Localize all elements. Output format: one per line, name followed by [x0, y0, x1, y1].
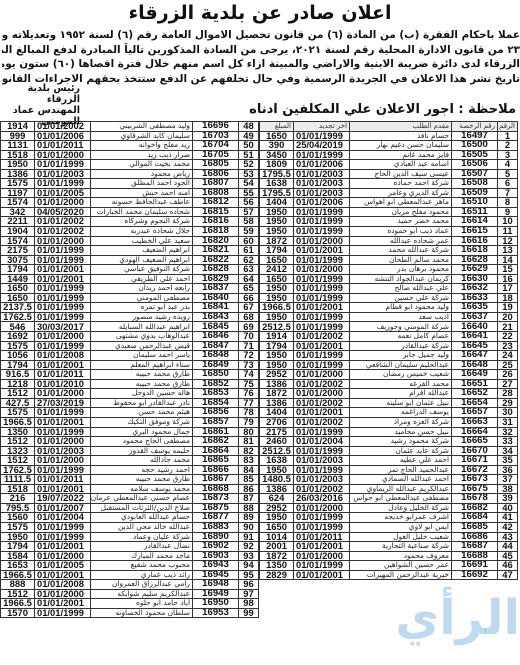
table-row: 4516688معروف محمود01/01/20001872	[260, 551, 518, 561]
table-row: 5616812عاطف عبدالحافظ حسونه01/01/2000157…	[1, 198, 259, 208]
row-number: 31	[498, 417, 518, 427]
table-row: 3616672عبدالحميد الحاج تمر01/01/19991950	[260, 465, 518, 475]
license-number: 16688	[452, 551, 498, 561]
table-row: 6716841بدر عبد ابو تمره01/01/19992137.5	[1, 303, 259, 313]
amount: 1386	[260, 379, 294, 389]
amount: 795.5	[1, 503, 35, 513]
last-renewal-date: 01/01/2002	[35, 217, 91, 227]
applicant-name: ايمن ابو لاوي	[350, 522, 452, 532]
applicant-name: شركة محمود رشيد	[350, 437, 452, 447]
table-row: 5816816شركة النجوم وشركاه01/01/20022211	[1, 217, 259, 227]
row-number: 39	[498, 494, 518, 504]
applicant-name: نبيل عثمان ابو سلينه	[350, 398, 452, 408]
license-number: 16850	[193, 370, 239, 380]
table-row: 8516867طارق محمد حبيبه01/01/20111111.5	[1, 475, 259, 485]
last-renewal-date: 01/01/1999	[35, 255, 91, 265]
amount: 2001	[260, 542, 294, 552]
license-number: 16862	[193, 437, 239, 447]
row-number: 59	[239, 227, 259, 237]
amount: 1653	[1, 561, 35, 571]
license-number: 16497	[452, 131, 498, 141]
last-renewal-date: 01/01/2002	[294, 417, 350, 427]
row-number: 78	[239, 408, 259, 418]
table-row: 5916818جلال شحاده عبدربه01/01/20021904	[1, 227, 259, 237]
table-row: 4816696وليد مصطفى الشربيني01/01/20021914	[1, 122, 259, 132]
row-number: 92	[239, 542, 259, 552]
amount: 1014	[260, 532, 294, 542]
applicant-name: نضال عبدالقادر	[91, 542, 193, 552]
last-renewal-date: 01/01/2003	[294, 179, 350, 189]
table-row: 5716815شحاده سليمان محمد الجبارات04/05/2…	[1, 207, 259, 217]
last-renewal-date: 01/01/2000	[35, 332, 91, 342]
license-number: 16815	[193, 207, 239, 217]
applicant-name: ماجد محمد المبارك	[91, 551, 193, 561]
applicant-name: شركة علي حسين	[350, 293, 452, 303]
table-row: 3516671احمد علي عطيه01/01/20031638	[260, 456, 518, 466]
row-number: 37	[498, 475, 518, 485]
table-row: 4616691عمر حسين الشواهين01/01/19991350	[260, 561, 518, 571]
table-row: 316505فايز محمد غانم01/01/19993450	[260, 150, 518, 160]
applicant-name: عبدالله خالد محي الدين	[91, 522, 193, 532]
last-renewal-date: 01/01/2006	[294, 198, 350, 208]
license-number: 16808	[193, 188, 239, 198]
row-number: 73	[239, 360, 259, 370]
table-row: 3416670شركة عايد عثمان01/01/19992512.5	[260, 446, 518, 456]
applicant-name: ماهر عبدالمعطي ابو اهواس	[350, 198, 452, 208]
last-renewal-date: 01/01/2000	[294, 389, 350, 399]
row-number: 33	[498, 437, 518, 447]
amount: 1584	[1, 551, 35, 561]
body-line: الزرقاء لدى دائرة ضريبة الابنية والاراضي…	[2, 57, 520, 72]
amount: 1575	[1, 522, 35, 532]
last-renewal-date: 01/01/1999	[294, 227, 350, 237]
row-number: 35	[498, 456, 518, 466]
amount: 1966.5	[1, 599, 35, 609]
license-number: 16845	[193, 322, 239, 332]
table-row: 9316903ماجد محمد المبارك01/01/20001584	[1, 551, 259, 561]
license-number: 16945	[193, 570, 239, 580]
license-number: 16865	[193, 456, 239, 466]
license-number: 16633	[452, 293, 498, 303]
amount: 1638	[260, 179, 294, 189]
license-number: 16684	[452, 513, 498, 523]
table-row: 3216664نبيل حسن محاميد01/01/19992175	[260, 427, 518, 437]
license-number: 16649	[452, 370, 498, 380]
license-number: 16806	[193, 169, 239, 179]
amount: 1560	[1, 513, 35, 523]
applicant-name: عصام كامل نعمه	[350, 332, 452, 342]
table-row: 2316645شركة عبدالقادر01/01/20011794	[260, 341, 518, 351]
amount: 1794	[260, 341, 294, 351]
last-renewal-date: 01/01/1999	[35, 532, 91, 542]
table-row: 8616868محمد يوسف سلامه01/01/20011518	[1, 484, 259, 494]
license-number: 16848	[193, 351, 239, 361]
applicant-name: شركة العزه ومراد	[350, 417, 452, 427]
license-number: 16704	[193, 141, 239, 151]
table-row: 9516945رائد ذيب عماري01/01/20011966.5	[1, 570, 259, 580]
license-number: 16867	[193, 475, 239, 485]
amount: 1872	[260, 389, 294, 399]
row-number: 93	[239, 551, 259, 561]
license-number: 16648	[452, 360, 498, 370]
amount: 2175	[1, 246, 35, 256]
license-number: 16507	[452, 169, 498, 179]
row-number: 24	[498, 351, 518, 361]
table-row: 1716632علي عبدالله صالح01/01/19991950	[260, 284, 518, 294]
license-number: 16637	[452, 312, 498, 322]
amount: 216	[1, 494, 35, 504]
license-number: 16840	[193, 293, 239, 303]
table-row: 8716873عصام حسني عبدالمعطي عرمان19/07/20…	[1, 494, 259, 504]
applicant-name: شركة عبدالله محمد	[350, 246, 452, 256]
table-row: 2916654نبيل عثمان ابو سلينه01/01/2002138…	[260, 398, 518, 408]
applicant-name: حسام عبدالله العابودي	[91, 513, 193, 523]
amount: 1914	[1, 122, 35, 132]
amount: 1950	[260, 351, 294, 361]
last-renewal-date: 01/01/2002	[294, 484, 350, 494]
row-number: 81	[239, 437, 259, 447]
amount: 1966.5	[260, 303, 294, 313]
license-number: 16641	[452, 332, 498, 342]
license-number: 16849	[193, 360, 239, 370]
row-number: 7	[498, 188, 518, 198]
applicant-name: محمد الفزعه	[350, 379, 452, 389]
last-renewal-date: 01/01/2000	[294, 265, 350, 275]
table-row: 9716949عبدالكريم سليم شوابكه01/01/200015…	[1, 589, 259, 599]
amount: 427.5	[1, 398, 35, 408]
amount: 1795.5	[260, 188, 294, 198]
last-renewal-date: 26/03/2016	[294, 494, 350, 504]
row-number: 84	[239, 465, 259, 475]
amount: 1809	[260, 160, 294, 170]
row-number: 15	[498, 265, 518, 275]
applicant-name: شركة وموفق التكيك	[91, 417, 193, 427]
applicant-name: رويده رشيد منصور	[91, 312, 193, 322]
license-number: 16685	[452, 522, 498, 532]
table-row: 2516648عبدالحليم سليمان الشافعي01/01/199…	[260, 360, 518, 370]
row-number: 91	[239, 532, 259, 542]
last-renewal-date: 01/01/2000	[294, 551, 350, 561]
table-row: 7016846عبدالوهاب بدوي مشتهى01/01/2000169…	[1, 332, 259, 342]
amount: 1574	[1, 198, 35, 208]
last-renewal-date: 01/01/2002	[35, 122, 91, 132]
table-row: 8316865محمد جادالله01/01/20001512	[1, 456, 259, 466]
table-body: 116497حسام نافذ01/01/19991650216500سليما…	[260, 131, 518, 580]
applicant-name: شركة التوفيق عباسي	[91, 265, 193, 275]
last-renewal-date: 01/01/2006	[294, 160, 350, 170]
license-number: 16614	[452, 217, 498, 227]
announcement-title: اعلان صادر عن بلدية الزرقاء	[0, 2, 520, 24]
row-number: 54	[239, 179, 259, 189]
last-renewal-date: 01/01/1999	[35, 284, 91, 294]
applicant-name: نادر عبدالقادر ابو محفوظ	[91, 398, 193, 408]
row-number: 23	[498, 341, 518, 351]
license-number: 16852	[193, 379, 239, 389]
last-renewal-date: 01/01/2001	[35, 484, 91, 494]
table-row: 7416850طارق محمد حبيبه01/01/2011916.5	[1, 370, 259, 380]
applicant-name: احمد عبدالله الصمادي	[350, 475, 452, 485]
applicant-name: محمد يوسف سلامه	[91, 484, 193, 494]
last-renewal-date: 01/01/2004	[294, 437, 350, 447]
amount: 2512.5	[260, 322, 294, 332]
license-number: 16506	[452, 160, 498, 170]
row-number: 10	[498, 217, 518, 227]
license-number: 16505	[452, 150, 498, 160]
last-renewal-date: 01/01/2000	[294, 503, 350, 513]
amount: 1386	[1, 169, 35, 179]
applicant-name: رائد ذيب عماري	[91, 570, 193, 580]
license-number: 16615	[452, 227, 498, 237]
last-renewal-date: 01/01/1999	[35, 303, 91, 313]
table-row: 5316806رياض محمود01/01/20031386	[1, 169, 259, 179]
amount: 1404	[260, 408, 294, 418]
last-renewal-date: 01/01/1999	[294, 274, 350, 284]
last-renewal-date: 01/01/2000	[35, 198, 91, 208]
row-number: 46	[498, 561, 518, 571]
amount: 1512	[1, 437, 35, 447]
applicant-name: احمد علي الطريفي	[91, 274, 193, 284]
last-renewal-date: 01/01/2002	[294, 379, 350, 389]
amount: 1692	[1, 332, 35, 342]
last-renewal-date: 25/04/2019	[294, 141, 350, 151]
last-renewal-date: 01/01/1999	[294, 446, 350, 456]
amount: 1872	[260, 236, 294, 246]
table-row: 416506اسامه عيد العبادي01/01/20061809	[260, 160, 518, 170]
table-row: 616508شركة احمد حماده01/01/20031638	[260, 179, 518, 189]
last-renewal-date: 01/01/2001	[35, 417, 91, 427]
table-row: 7216848ياسر احمد سليمان01/01/20081056	[1, 351, 259, 361]
license-number: 16511	[452, 207, 498, 217]
col-header-number: الرقم	[498, 122, 518, 132]
table-row: 716509شركة الديري وعامر01/01/20031795.5	[260, 188, 518, 198]
row-number: 55	[239, 188, 259, 198]
table-row: 7516852طارق محمد حبيبه01/01/20101218	[1, 379, 259, 389]
table-row: 1016614محمد خضر حميد01/01/19991950	[260, 217, 518, 227]
applicant-name: اياد حامد ابو حلوه	[91, 599, 193, 609]
row-number: 69	[239, 322, 259, 332]
amount: 546	[1, 322, 35, 332]
license-number: 16508	[452, 179, 498, 189]
last-renewal-date: 01/01/2005	[35, 561, 91, 571]
row-number: 85	[239, 475, 259, 485]
amount: 1570	[1, 608, 35, 618]
amount: 1650	[1, 284, 35, 294]
applicant-name: سناء ابراهيم المعلم	[91, 360, 193, 370]
row-number: 41	[498, 513, 518, 523]
amount: 2512.5	[260, 446, 294, 456]
last-renewal-date: 01/01/1999	[294, 351, 350, 361]
applicant-name: معروف محمود	[350, 551, 452, 561]
applicant-name: محمد سالم الطحان	[350, 255, 452, 265]
amount: 2460	[260, 437, 294, 447]
table-row: 9216902نضال عبدالقادر01/01/20011794	[1, 542, 259, 552]
amount: 1966.5	[1, 417, 35, 427]
table-row: 3916678مصطفى عبدالمعطي ابو حواس26/03/201…	[260, 494, 518, 504]
last-renewal-date: 01/01/1999	[294, 150, 350, 160]
license-number: 16843	[193, 312, 239, 322]
table-row: 9016883عبدالله خالد محي الدين01/01/19991…	[1, 522, 259, 532]
table-row: 4916703سليمان كايد الشرقاوي01/01/2006999	[1, 131, 259, 141]
applicant-name: اسامه عيد العبادي	[350, 160, 452, 170]
amount: 1056	[1, 351, 35, 361]
taxpayers-table-right: الرقم رقم الرخصة مقدم الطلب اخر تجديد ال…	[259, 121, 518, 580]
applicant-name: عيسى سيف الدين الحاج	[350, 169, 452, 179]
last-renewal-date: 01/01/1999	[294, 360, 350, 370]
row-number: 4	[498, 160, 518, 170]
applicant-name: محمد جادالله	[91, 456, 193, 466]
table-row: 116497حسام نافذ01/01/19991650	[260, 131, 518, 141]
table-row: 216500سليمان حسن دغيم نهار25/04/2019390	[260, 141, 518, 151]
last-renewal-date: 01/01/2001	[35, 274, 91, 284]
amount: 2211	[1, 217, 35, 227]
row-number: 94	[239, 561, 259, 571]
row-number: 96	[239, 580, 259, 590]
applicant-name: شركة عايد عثمان	[350, 446, 452, 456]
last-renewal-date: 01/01/1999	[294, 293, 350, 303]
row-number: 5	[498, 169, 518, 179]
row-number: 47	[498, 570, 518, 580]
table-row: 4016682شركة الخليل وعادل01/01/20002952	[260, 503, 518, 513]
applicant-name: طارق محمد حبيبه	[91, 379, 193, 389]
amount: 1638	[260, 456, 294, 466]
col-header-last-renewal: اخر تجديد	[294, 122, 350, 132]
table-row: 1316618شركة عبدالله محمد01/01/20011794	[260, 246, 518, 256]
last-renewal-date: 01/01/1999	[35, 427, 91, 437]
row-number: 72	[239, 351, 259, 361]
last-renewal-date: 01/01/1999	[294, 284, 350, 294]
last-renewal-date: 01/01/1999	[35, 522, 91, 532]
license-number: 16875	[193, 503, 239, 513]
table-row: 516507عيسى سيف الدين الحاج01/01/20031795…	[260, 169, 518, 179]
table-row: 6016820سعيد علي الخطيب01/01/20001574	[1, 236, 259, 246]
applicant-name: عماد ذيب ابو حموده	[350, 227, 452, 237]
table-row: 1816633شركة علي حسين01/01/19991950	[260, 293, 518, 303]
row-number: 57	[239, 207, 259, 217]
table-row: 7316849سناء ابراهيم المعلم01/01/20011794	[1, 360, 259, 370]
row-number: 26	[498, 370, 518, 380]
amount: 342	[1, 207, 35, 217]
license-number: 16657	[452, 408, 498, 418]
col-header-amount: المبلغ	[260, 122, 294, 132]
row-number: 83	[239, 456, 259, 466]
row-number: 66	[239, 293, 259, 303]
applicant-name: الجود احمد المطلق	[91, 179, 193, 189]
last-renewal-date: 01/01/2008	[35, 351, 91, 361]
applicant-name: محمود مفلح مريان	[350, 207, 452, 217]
license-number: 16635	[452, 303, 498, 313]
table-row: 6116821ابراهيم الضعيف01/01/19992175	[1, 246, 259, 256]
license-number: 16640	[452, 322, 498, 332]
row-number: 50	[239, 141, 259, 151]
amount: 1950	[1, 532, 35, 542]
license-number: 16873	[193, 494, 239, 504]
license-number: 16829	[193, 274, 239, 284]
last-renewal-date: 30/03/2017	[35, 322, 91, 332]
license-number: 16828	[193, 265, 239, 275]
col-header-license: رقم الرخصة	[452, 122, 498, 132]
row-number: 9	[498, 207, 518, 217]
license-number: 16854	[193, 398, 239, 408]
applicant-name: زيد مفلح واخوانه	[91, 141, 193, 151]
row-number: 79	[239, 417, 259, 427]
license-number: 16687	[452, 542, 498, 552]
amount: 1512	[1, 389, 35, 399]
license-number: 16807	[193, 179, 239, 189]
amount: 1574	[1, 236, 35, 246]
table-row: 1516629محمود برهان بدر01/01/20002412	[260, 265, 518, 275]
applicant-name: عبدالكريم سليم شوابكه	[91, 589, 193, 599]
applicant-name: امنه احمد حبش	[91, 188, 193, 198]
amount: 1575	[1, 341, 35, 351]
applicant-name: وليد محمود ابو قطام	[350, 303, 452, 313]
table-row: 4216685ايمن ابو لاوي01/01/19991650	[260, 522, 518, 532]
applicant-name: ياسر احمد سليمان	[91, 351, 193, 361]
row-number: 8	[498, 198, 518, 208]
license-number: 16818	[193, 227, 239, 237]
table-row: 8816875صلاح الدين/الثرثات المستقبل01/01/…	[1, 503, 259, 513]
row-number: 32	[498, 427, 518, 437]
table-row: 9916953سلطان محمود الخصاونه01/01/1999157…	[1, 608, 259, 618]
license-number: 16630	[452, 274, 498, 284]
amount: 888	[1, 580, 35, 590]
amount: 3075	[1, 255, 35, 265]
row-number: 30	[498, 408, 518, 418]
table-row: 9616948رامي عبدالرزاق العمروان01/01/2008…	[1, 580, 259, 590]
row-number: 61	[239, 246, 259, 256]
license-number: 16686	[452, 532, 498, 542]
amount: 1650	[260, 274, 294, 284]
table-row: 8916877حسام عبدالله العابودي01/01/200415…	[1, 513, 259, 523]
license-number: 16652	[452, 389, 498, 399]
row-number: 51	[239, 150, 259, 160]
license-number: 16618	[452, 246, 498, 256]
applicant-name: شركة النجوم وشركاه	[91, 217, 193, 227]
table-row: 9416943محبوب محمد شفيع01/01/20051653	[1, 561, 259, 571]
applicant-name: شركة احمد حماده	[350, 179, 452, 189]
table-row: 5516808امنه احمد حبش01/01/20051197	[1, 188, 259, 198]
row-number: 74	[239, 370, 259, 380]
amount: 1518	[1, 150, 35, 160]
applicant-name: مصطفى عبدالمعطي ابو حواس	[350, 494, 452, 504]
applicant-name: شركة المومني وجوزيف	[350, 322, 452, 332]
license-number: 16696	[193, 122, 239, 132]
applicant-name: حليمه يوسف القدور	[91, 446, 193, 456]
amount: 1950	[260, 465, 294, 475]
amount: 1650	[1, 293, 35, 303]
table-row: 9116890شركة عليان وعماد01/01/19991950	[1, 532, 259, 542]
license-number: 16950	[193, 599, 239, 609]
license-number: 16861	[193, 427, 239, 437]
applicant-name: وليد مصطفى الشربيني	[91, 122, 193, 132]
license-number: 16664	[452, 427, 498, 437]
last-renewal-date: 01/01/2000	[35, 389, 91, 399]
last-renewal-date: 01/01/2001	[294, 570, 350, 580]
row-number: 14	[498, 255, 518, 265]
license-number: 16703	[193, 131, 239, 141]
license-number: 16846	[193, 332, 239, 342]
license-number: 16853	[193, 389, 239, 399]
license-number: 16663	[452, 417, 498, 427]
row-number: 71	[239, 341, 259, 351]
license-number: 16890	[193, 532, 239, 542]
amount: 1650	[260, 131, 294, 141]
row-number: 65	[239, 284, 259, 294]
amount: 1795.5	[260, 169, 294, 179]
last-renewal-date: 01/01/2002	[294, 332, 350, 342]
table-row: 2616649شعيب خميس رمضان01/01/20002952	[260, 370, 518, 380]
row-number: 87	[239, 494, 259, 504]
row-number: 27	[498, 379, 518, 389]
